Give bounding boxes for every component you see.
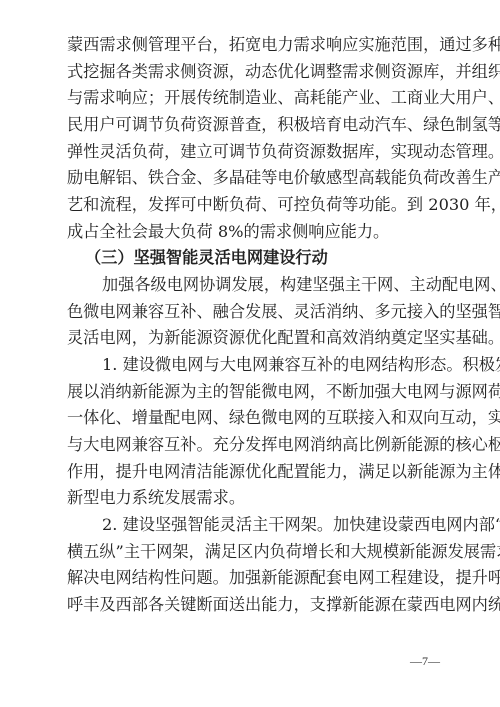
paragraph-line: 式挖掘各类需求侧资源，动态优化调整需求侧资源库，并组织参 (67, 61, 439, 83)
paragraph-line: 色微电网兼容互补、融合发展、灵活消纳、多元接入的坚强智能 (67, 301, 439, 323)
paragraph-line: 1. 建设微电网与大电网兼容互补的电网结构形态。积极发 (102, 354, 439, 376)
paragraph-line: 2. 建设坚强智能灵活主干网架。加快建设蒙西电网内部“四 (102, 514, 439, 536)
paragraph-line: 艺和流程，发挥可中断负荷、可控负荷等功能。到 2030 年，形 (67, 194, 439, 216)
paragraph-line: 与大电网兼容互补。充分发挥电网消纳高比例新能源的核心枢纽 (67, 434, 439, 456)
paragraph-line: 弹性灵活负荷，建立可调节负荷资源数据库，实现动态管理。鼓 (67, 141, 439, 163)
paragraph-line: 励电解铝、铁合金、多晶硅等电价敏感型高载能负荷改善生产工 (67, 167, 439, 189)
paragraph-line: 民用户可调节负荷资源普查，积极培育电动汽车、绿色制氢等高 (67, 114, 439, 136)
section-heading: （三）坚强智能灵活电网建设行动 (85, 247, 439, 269)
paragraph-line: 灵活电网，为新能源资源优化配置和高效消纳奠定坚实基础。 (67, 327, 439, 349)
paragraph-line: 加强各级电网协调发展，构建坚强主干网、主动配电网、绿 (102, 274, 439, 296)
paragraph-line: 展以消纳新能源为主的智能微电网，不断加强大电网与源网荷储 (67, 381, 439, 403)
paragraph-line: 蒙西需求侧管理平台，拓宽电力需求响应实施范围，通过多种方 (67, 34, 439, 56)
paragraph-line: 呼丰及西部各关键断面送出能力，支撑新能源在蒙西电网内统筹 (67, 594, 439, 616)
paragraph-line: 解决电网结构性问题。加强新能源配套电网工程建设，提升呼包、 (67, 567, 439, 589)
paragraph-line: 新型电力系统发展需求。 (67, 487, 439, 509)
paragraph-line: 成占全社会最大负荷 8%的需求侧响应能力。 (67, 221, 439, 243)
paragraph-line: 横五纵”主干网架，满足区内负荷增长和大规模新能源发展需求， (67, 541, 439, 563)
paragraph-line: 一体化、增量配电网、绿色微电网的互联接入和双向互动，实现 (67, 407, 439, 429)
paragraph-line: 与需求响应；开展传统制造业、高耗能产业、工商业大用户、居 (67, 87, 439, 109)
document-page: 蒙西需求侧管理平台，拓宽电力需求响应实施范围，通过多种方式挖掘各类需求侧资源，动… (0, 0, 500, 707)
paragraph-line: 作用，提升电网清洁能源优化配置能力，满足以新能源为主体的 (67, 461, 439, 483)
page-number: —7— (410, 653, 440, 669)
